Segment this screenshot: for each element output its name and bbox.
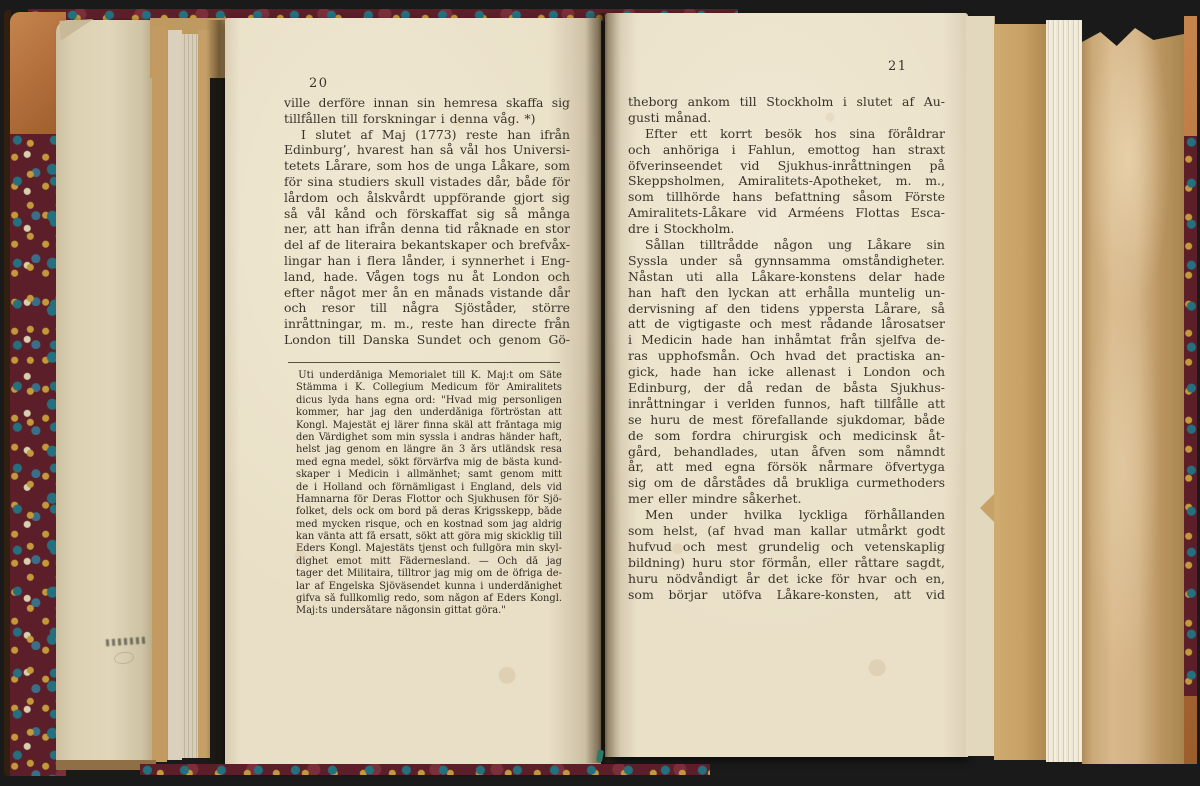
page-edge-strip <box>167 30 182 760</box>
page-edge-strip <box>966 16 995 756</box>
text-line: och resor till några Sjöståder, större S… <box>284 300 570 316</box>
footnote-separator-rule <box>288 362 560 363</box>
text-line: Edinburg, der då redan de båsta Sjukhus- <box>628 380 945 396</box>
bookmark-thread <box>596 750 604 763</box>
text-line: del af de literaira bekantskaper och bre… <box>284 237 570 253</box>
right-page-text: theborg ankom till Stockholm i slutet af… <box>628 94 945 603</box>
text-line: *) Uti underdåniga Memorialet till K. Ma… <box>296 370 562 382</box>
text-line: kommer, har jag den underdåniga förtröst… <box>296 407 562 419</box>
page-edge-strip <box>994 24 1046 760</box>
page-edge-strip <box>152 26 167 762</box>
text-line: Edinburg’, hvarest han så vål hos Univer… <box>284 142 570 158</box>
text-line: Kongl. Majestät ej lärer finna skäl att … <box>296 420 562 432</box>
text-line: Hamnarna för Deras Flottor och Sjukhusen… <box>296 494 562 506</box>
left-page: 20 ville derföre innan sin hemresa skaff… <box>225 18 601 765</box>
text-line: se huru de mest förefallande sjukdomar, … <box>628 412 945 428</box>
text-line: Nåstan uti alla Låkare-konstens delar ha… <box>628 269 945 285</box>
text-line: theborg ankom till Stockholm i slutet af… <box>628 94 945 110</box>
text-line: lårdom och ålskvårdt uppförande gjort si… <box>284 190 570 206</box>
right-page: 21 theborg ankom till Stockholm i slutet… <box>605 13 968 757</box>
text-line: för sina studiers skull vistades dår, bå… <box>284 174 570 190</box>
text-line: den Värdighet som min syssla i andras hä… <box>296 432 562 444</box>
ink-stamp <box>106 637 146 647</box>
text-line: lingar han i flera lånder, i synnerhet i… <box>284 253 570 269</box>
text-line: Amiralitets-Låkare vid Arméens Flottas E… <box>628 205 945 221</box>
text-line: gusti månad. <box>628 110 945 126</box>
ink-smudge <box>113 651 134 666</box>
text-line: dre i Stockholm. <box>628 221 945 237</box>
text-line: tillfållen till forskningar i denna våg.… <box>284 111 570 127</box>
text-line: ras upphofsmån. Och hvad det practiska a… <box>628 348 945 364</box>
text-line: inråttningar, m. m., reste han directe f… <box>284 316 570 332</box>
text-line: att de vigtigaste och mest rådande låros… <box>628 316 945 332</box>
text-line: gård, behandlades, utan åfven som nåmndt <box>628 444 945 460</box>
text-line: i Medicin hade han inhåmtat från sjelfva… <box>628 332 945 348</box>
page-edge-stack <box>1046 20 1082 762</box>
text-line: med mycken risque, och en kostnad som ja… <box>296 519 562 531</box>
text-line: de som fordra chirurgisk och medicinsk å… <box>628 428 945 444</box>
text-line: hufvud och mest grundelig och vetenskapl… <box>628 539 945 555</box>
text-line: dervisning af den tidens yppersta Lårare… <box>628 301 945 317</box>
text-line: så vål kånd och förskaffat sig så många … <box>284 206 570 222</box>
text-line: folket, dels ock om bord på deras Krigss… <box>296 506 562 518</box>
text-line: Efter ett korrt besök hos sina föråldrar <box>628 126 945 142</box>
text-line: år, att med egna försök nårmare öfvertyg… <box>628 459 945 475</box>
marbled-board-bottom-edge <box>140 764 710 775</box>
flyleaf-page <box>56 20 154 764</box>
text-line: bildning) huru stor förmån, eller råttar… <box>628 555 945 571</box>
footnote-text: *) Uti underdåniga Memorialet till K. Ma… <box>296 370 562 618</box>
text-line: sig om de dårstådes då brukliga curmetho… <box>628 475 945 491</box>
back-cover-edge <box>1184 16 1197 764</box>
text-line: lar af Engelska Sjöväsendet kunna i unde… <box>296 581 562 593</box>
page-number-left: 20 <box>309 76 329 91</box>
text-line: huru nödvåndigt år det icke för hvar och… <box>628 571 945 587</box>
text-line: med egna medel, sökt förvärfva mig de bä… <box>296 457 562 469</box>
text-line: och anhöriga i Fahlun, emottog han strax… <box>628 142 945 158</box>
text-line: ville derföre innan sin hemresa skaffa s… <box>284 95 570 111</box>
text-line: Eders Kongl. Majestäts tjenst och fullgö… <box>296 543 562 555</box>
text-line: dicus lyda hans egna ord: "Hvad mig pers… <box>296 395 562 407</box>
text-line: Syssla under så gynnsamma omståndigheter… <box>628 253 945 269</box>
text-line: Maj:ts undersåtare någonsin gittat göra.… <box>296 605 562 617</box>
text-line: som tillhörde hans befattning såsom Förs… <box>628 189 945 205</box>
text-line: mer eller mindre såkerhet. <box>628 491 945 507</box>
text-line: Sållan tilltrådde någon ung Låkare sin <box>628 237 945 253</box>
text-line: öfverinseendet vid Sjukhus-inråttningen … <box>628 158 945 174</box>
text-line: kan vänta att få ersatt, sökt att göra m… <box>296 531 562 543</box>
page-edge-strip <box>181 34 198 758</box>
text-line: inråttningar i verlden funnos, haft till… <box>628 396 945 412</box>
text-line: London till Danska Sundet och genom Gö- <box>284 332 570 348</box>
text-line: gifva så fullkomlig redo, som någon af E… <box>296 593 562 605</box>
left-page-text: ville derföre innan sin hemresa skaffa s… <box>284 95 570 348</box>
text-line: de i Holland och förnämligast i England,… <box>296 482 562 494</box>
wrinkled-endpaper <box>1082 26 1184 764</box>
text-line: som börjar utöfva Låkare-konsten, att vi… <box>628 587 945 603</box>
text-line: som helst, (af hvad man kallar utmårkt g… <box>628 523 945 539</box>
marbled-paper-back-cover <box>1184 136 1197 696</box>
text-line: Stämma i K. Collegium Medicum för Amiral… <box>296 382 562 394</box>
text-line: tetets Lårare, som hos de unga Låkare, s… <box>284 158 570 174</box>
page-number-right: 21 <box>888 59 908 74</box>
text-line: tager det Militaira, tilltror jag mig om… <box>296 568 562 580</box>
text-line: Men under hvilka lyckliga förhållanden <box>628 507 945 523</box>
text-line: skaper i Medicin i allmänhet; samt genom… <box>296 469 562 481</box>
text-line: helst jag genom en längre än 3 års utlän… <box>296 444 562 456</box>
torn-page-notch <box>980 494 994 522</box>
text-line: efter något mer ån en månads vistande då… <box>284 285 570 301</box>
open-book-photo: 20 ville derföre innan sin hemresa skaff… <box>0 0 1200 786</box>
text-line: han haft den lyckan att erhålla muntelig… <box>628 285 945 301</box>
text-line: Skeppsholmen, Amiralitets-Apotheket, m. … <box>628 173 945 189</box>
text-line: I slutet af Maj (1773) reste han ifrån <box>284 127 570 143</box>
text-line: land, hade. Vågen togs nu åt London och <box>284 269 570 285</box>
text-line: ner, att han ifrån denna tid råknade en … <box>284 221 570 237</box>
text-line: gick, hade han icke allenast i London oc… <box>628 364 945 380</box>
text-line: dighet emot mitt Fädernesland. — Och då … <box>296 556 562 568</box>
